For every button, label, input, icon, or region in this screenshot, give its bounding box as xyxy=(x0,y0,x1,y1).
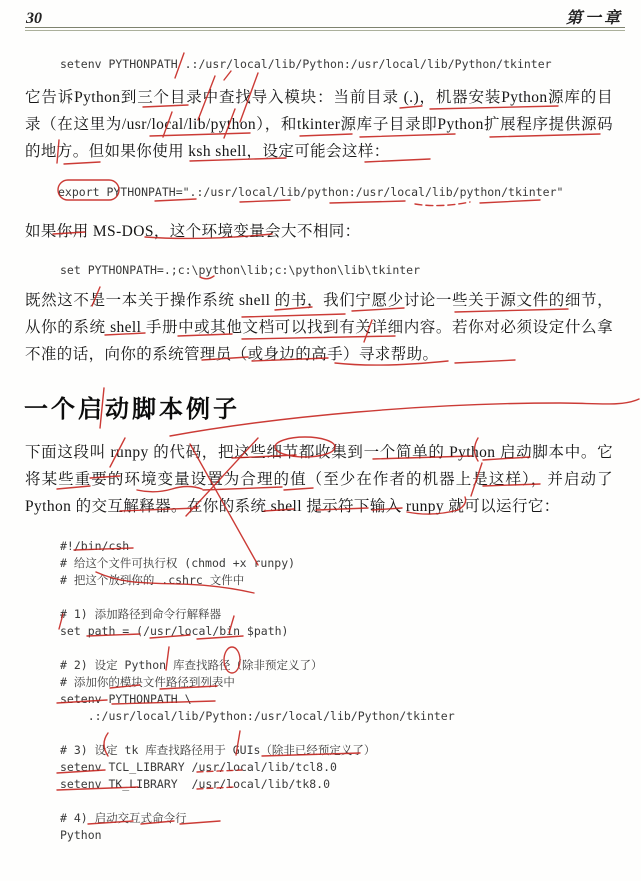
paragraph-shell-book-note: 既然这不是一本关于操作系统 shell 的书，我们宁愿少讨论一些关于源文件的细节… xyxy=(25,287,613,368)
pen-stroke xyxy=(170,399,639,436)
scanned-book-page: 30 第一章 setenv PYTHONPATH .:/usr/local/li… xyxy=(0,0,641,881)
code-snippet-setenv-csh: setenv PYTHONPATH .:/usr/local/lib/Pytho… xyxy=(60,56,552,73)
page-number: 30 xyxy=(26,10,42,28)
paragraph-msdos: 如果你用 MS-DOS，这个环境变量会大不相同： xyxy=(25,218,445,245)
paragraph-pythonpath-explanation: 它告诉Python到三个目录中查找导入模块：当前目录 (.)，机器安装Pytho… xyxy=(25,84,613,165)
pen-stroke xyxy=(330,201,405,203)
pen-stroke xyxy=(415,202,470,206)
header-rule xyxy=(25,27,625,31)
paragraph-runpy-intro: 下面这段叫 runpy 的代码，把这些细节都收集到一个简单的 Python 启动… xyxy=(25,439,613,520)
code-snippet-set-msdos: set PYTHONPATH=.;c:\python\lib;c:\python… xyxy=(60,262,420,279)
chapter-title: 第一章 xyxy=(566,5,623,28)
startup-script-listing: #!/bin/csh # 给这个文件可执行权 (chmod +x runpy) … xyxy=(60,538,455,844)
code-snippet-export-ksh: export PYTHONPATH=".:/usr/local/lib/pyth… xyxy=(58,184,563,201)
page-header: 30 第一章 xyxy=(26,5,623,28)
section-heading: 一个启动脚本例子 xyxy=(24,389,240,424)
